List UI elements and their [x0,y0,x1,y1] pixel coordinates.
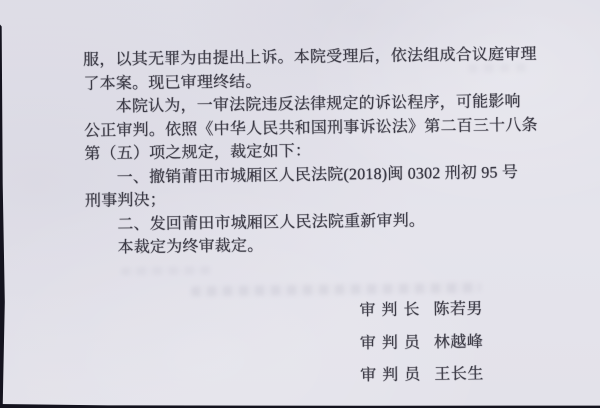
signature-role: 审 判 长 [359,301,420,319]
signature-row: 审 判 长陈若男 [359,294,483,328]
paper-content: 服，以其无罪为由提出上诉。本院受理后，依法组成合议庭审理 了本案。现已审理终结。… [0,0,600,408]
signature-role: 审 判 员 [360,366,421,384]
signature-row: 审 判 员林越峰 [360,326,484,360]
signature-name: 林越峰 [434,333,484,351]
document-line: 本裁定为终审裁定。 [85,231,543,260]
signature-name: 陈若男 [433,301,483,319]
signature-role: 审 判 员 [360,334,421,352]
document-body: 服，以其无罪为由提出上诉。本院受理后，依法组成合议庭审理 了本案。现已审理终结。… [83,43,544,260]
signature-block: 审 判 长陈若男 审 判 员林越峰 审 判 员王长生 [359,294,484,393]
signature-name: 王长生 [434,366,484,384]
signature-row: 审 判 员王长生 [360,359,484,393]
ink-bleed-through-texture [121,266,211,275]
court-document-photo: 服，以其无罪为由提出上诉。本院受理后，依法组成合议庭审理 了本案。现已审理终结。… [0,0,600,408]
